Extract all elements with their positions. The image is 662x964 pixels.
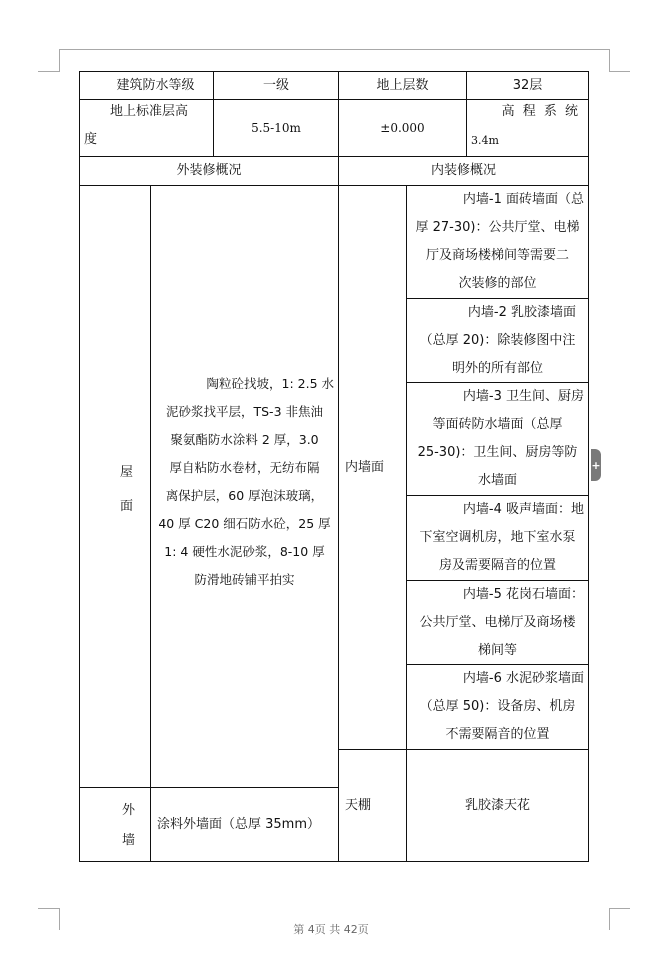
roof-line: 泥砂浆找平层，TS-3 非焦油 <box>155 398 334 426</box>
crop-mark-bottom-left-h <box>38 908 59 909</box>
decoration-overview-table: 建筑防水等级 一级 地上层数 32层 地上标准层高 度 5.5-10m ±0.0… <box>79 71 589 862</box>
wall-line: 房及需要隔音的位置 <box>411 552 584 580</box>
wall-line: 公共厅堂、电梯厅及商场楼 <box>411 609 584 637</box>
floor-height-label: 地上标准层高 度 <box>79 99 214 157</box>
ceiling-description-cell: 乳胶漆天花 <box>406 749 589 862</box>
roof-line: 聚氨酯防水涂料 2 厚，3.0 <box>155 426 334 454</box>
roof-label: 屋 面 <box>120 456 133 524</box>
wall-line: 内墙-2 乳胶漆墙面 <box>411 299 584 327</box>
wall-line: 内墙-3 卫生间、厨房 <box>411 383 584 411</box>
elevation-system: 高 程 系 统 3.4m <box>466 99 589 157</box>
ceiling-description: 乳胶漆天花 <box>465 796 530 816</box>
wall-line: 水墙面 <box>411 467 584 495</box>
wall-line: 次装修的部位 <box>411 270 584 298</box>
interior-wall-6: 内墙-6 水泥砂浆墙面 （总厚 50)：设备房、机房 不需要隔音的位置 <box>406 664 589 750</box>
roof-line: 离保护层，60 厚泡沫玻璃， <box>155 482 334 510</box>
interior-wall-4-text: 内墙-4 吸声墙面：地 下室空调机房，地下室水泵 房及需要隔音的位置 <box>411 496 584 580</box>
crop-mark-bottom-right-h <box>609 908 630 909</box>
wall-line: 明外的所有部位 <box>411 355 584 383</box>
elevation-value: ±0.000 <box>338 99 467 157</box>
wall-line: 25-30)：卫生间、厨房等防 <box>411 439 584 467</box>
wall-line: （总厚 50)：设备房、机房 <box>411 693 584 721</box>
wall-line: （总厚 20)：除装修图中注 <box>411 327 584 355</box>
exterior-wall-label: 外 墙 <box>122 796 135 856</box>
exterior-header-text: 外装修概况 <box>176 161 241 181</box>
roof-line: 厚自粘防水卷材，无纺布隔 <box>155 454 334 482</box>
wall-line: 内墙-6 水泥砂浆墙面 <box>411 665 584 693</box>
floor-height-label-line1: 地上标准层高 <box>110 102 188 122</box>
interior-wall-label: 内墙面 <box>339 458 384 478</box>
roof-line: 陶粒砼找坡，1: 2.5 水 <box>155 370 334 398</box>
roof-description-cell: 陶粒砼找坡，1: 2.5 水 泥砂浆找平层，TS-3 非焦油 聚氨酯防水涂料 2… <box>150 185 339 788</box>
plus-icon: + <box>591 459 600 472</box>
elevation-system-line2: 3.4m <box>471 131 499 151</box>
waterproof-level-label: 建筑防水等级 <box>79 71 214 100</box>
interior-wall-3: 内墙-3 卫生间、厨房 等面砖防水墙面（总厚 25-30)：卫生间、厨房等防 水… <box>406 382 589 496</box>
wall-line: 不需要隔音的位置 <box>411 721 584 749</box>
interior-wall-5-text: 内墙-5 花岗石墙面： 公共厅堂、电梯厅及商场楼 梯间等 <box>411 581 584 665</box>
elevation-system-line1: 高 程 系 统 <box>502 102 580 122</box>
wall-line: 内墙-5 花岗石墙面： <box>411 581 584 609</box>
roof-line: 1: 4 硬性水泥砂浆，8-10 厚 <box>155 538 334 566</box>
exterior-wall-label-cell: 外 墙 <box>79 787 151 862</box>
exterior-wall-description: 涂料外墙面（总厚 35mm） <box>151 815 320 835</box>
floor-height-label-line2: 度 <box>84 130 97 150</box>
interior-wall-label-cell: 内墙面 <box>338 185 407 750</box>
exterior-wall-label-char2: 墙 <box>122 826 135 856</box>
ceiling-label: 天棚 <box>339 796 371 816</box>
expand-panel-button[interactable]: + <box>591 449 601 481</box>
interior-wall-2-text: 内墙-2 乳胶漆墙面 （总厚 20)：除装修图中注 明外的所有部位 <box>411 299 584 383</box>
floor-height-value: 5.5-10m <box>213 99 339 157</box>
crop-mark-top-right-h <box>609 71 630 72</box>
wall-line: 下室空调机房，地下室水泵 <box>411 524 584 552</box>
roof-label-char1: 屋 <box>120 456 133 490</box>
wall-line: 梯间等 <box>411 637 584 665</box>
page-number-footer: 第 4页 共 42页 <box>0 921 662 937</box>
interior-wall-1: 内墙-1 面砖墙面（总 厚 27-30)：公共厅堂、电梯 厅及商场楼梯间等需要二… <box>406 185 589 299</box>
crop-mark-top-left-v <box>59 49 60 72</box>
ceiling-label-cell: 天棚 <box>338 749 407 862</box>
exterior-header: 外装修概况 <box>79 156 339 186</box>
floors-label: 地上层数 <box>338 71 467 100</box>
waterproof-level-value-text: 一级 <box>263 76 289 96</box>
elevation-value-text: ±0.000 <box>380 118 424 138</box>
wall-line: 厅及商场楼梯间等需要二 <box>411 242 584 270</box>
roof-label-cell: 屋 面 <box>79 185 151 788</box>
wall-line: 内墙-1 面砖墙面（总 <box>411 186 584 214</box>
interior-header: 内装修概况 <box>338 156 589 186</box>
wall-line: 内墙-4 吸声墙面：地 <box>411 496 584 524</box>
exterior-wall-label-char1: 外 <box>122 796 135 826</box>
floors-value-text: 32层 <box>513 76 543 96</box>
roof-label-char2: 面 <box>120 490 133 524</box>
wall-line: 等面砖防水墙面（总厚 <box>411 411 584 439</box>
interior-wall-2: 内墙-2 乳胶漆墙面 （总厚 20)：除装修图中注 明外的所有部位 <box>406 298 589 383</box>
floors-value: 32层 <box>466 71 589 100</box>
floors-label-text: 地上层数 <box>376 76 428 96</box>
floor-height-value-text: 5.5-10m <box>251 118 301 138</box>
roof-description: 陶粒砼找坡，1: 2.5 水 泥砂浆找平层，TS-3 非焦油 聚氨酯防水涂料 2… <box>155 370 334 594</box>
interior-wall-6-text: 内墙-6 水泥砂浆墙面 （总厚 50)：设备房、机房 不需要隔音的位置 <box>411 665 584 749</box>
crop-mark-top-left-h <box>38 71 59 72</box>
interior-wall-1-text: 内墙-1 面砖墙面（总 厚 27-30)：公共厅堂、电梯 厅及商场楼梯间等需要二… <box>411 186 584 298</box>
wall-line: 厚 27-30)：公共厅堂、电梯 <box>411 214 584 242</box>
crop-mark-top-right-v <box>609 49 610 72</box>
interior-wall-4: 内墙-4 吸声墙面：地 下室空调机房，地下室水泵 房及需要隔音的位置 <box>406 495 589 581</box>
interior-header-text: 内装修概况 <box>431 161 496 181</box>
waterproof-level-label-text: 建筑防水等级 <box>98 76 194 96</box>
roof-line: 防滑地砖铺平拍实 <box>155 566 334 594</box>
interior-wall-3-text: 内墙-3 卫生间、厨房 等面砖防水墙面（总厚 25-30)：卫生间、厨房等防 水… <box>411 383 584 495</box>
exterior-wall-description-cell: 涂料外墙面（总厚 35mm） <box>150 787 339 862</box>
page-top-edge <box>59 49 610 50</box>
roof-line: 40 厚 C20 细石防水砼，25 厚 <box>155 510 334 538</box>
interior-wall-5: 内墙-5 花岗石墙面： 公共厅堂、电梯厅及商场楼 梯间等 <box>406 580 589 665</box>
waterproof-level-value: 一级 <box>213 71 339 100</box>
